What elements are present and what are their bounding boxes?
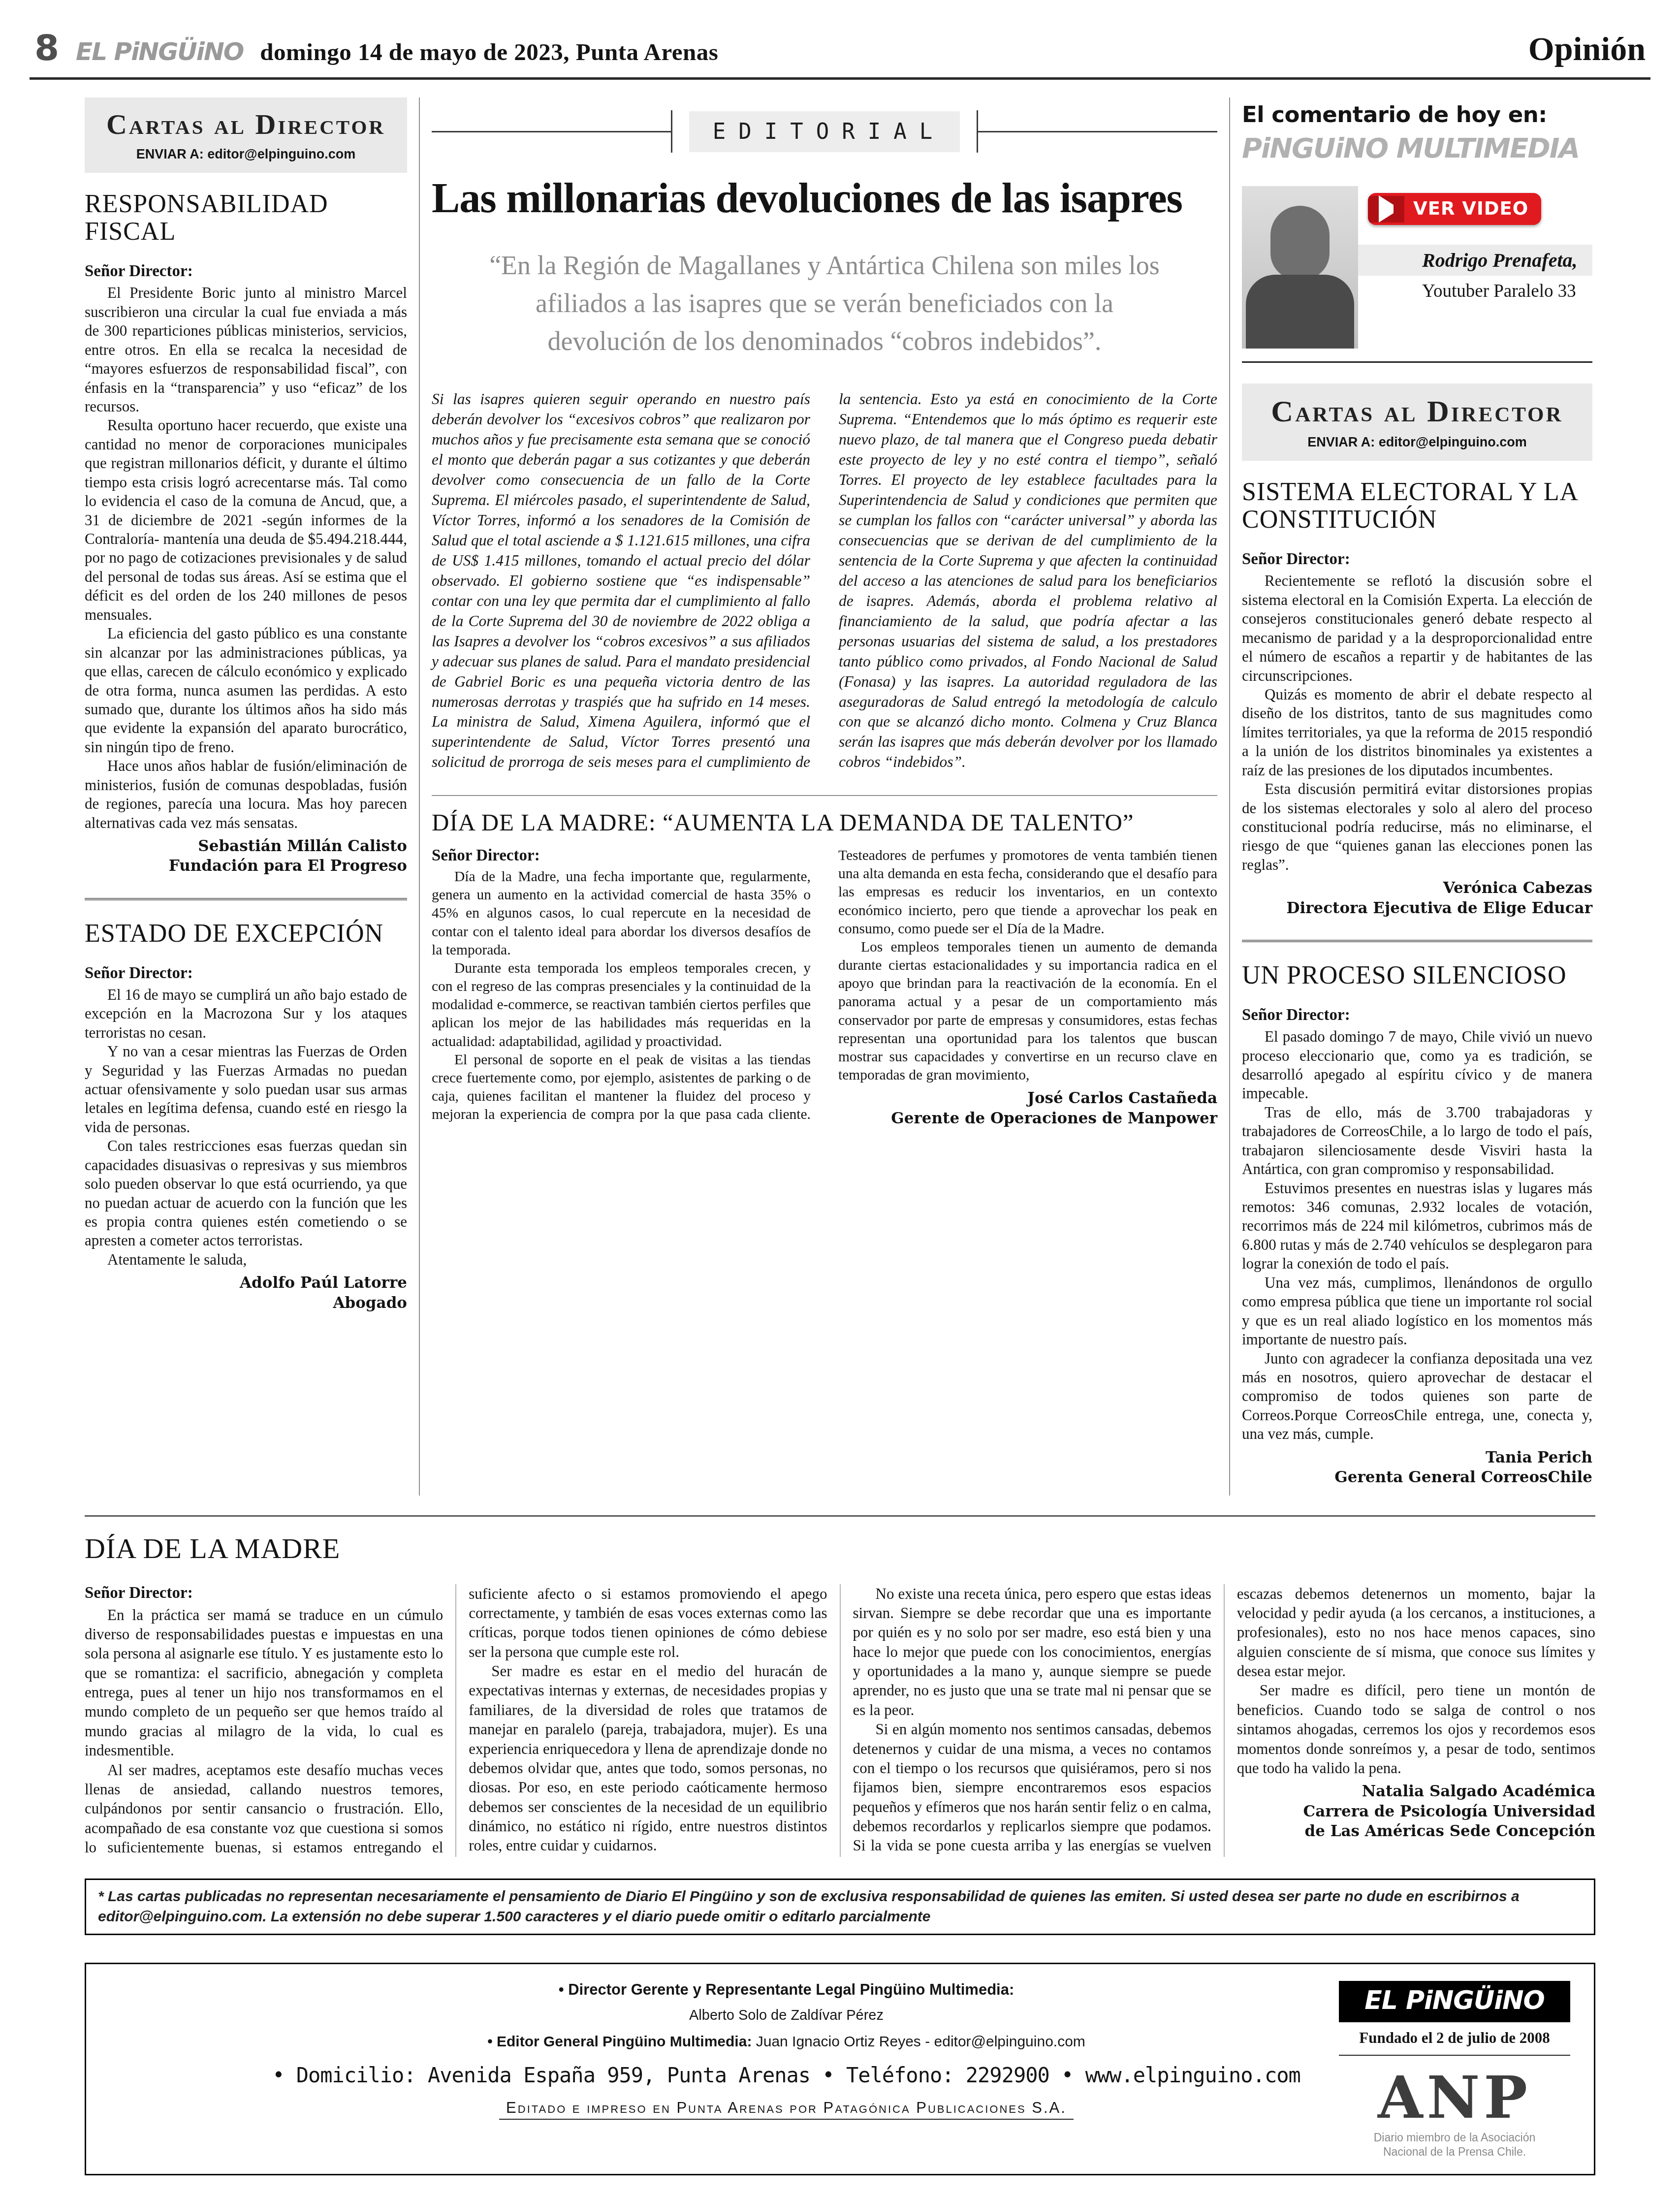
multimedia-heading: El comentario de hoy en: <box>1242 101 1592 127</box>
editorial-label: EDITORIAL <box>689 111 960 152</box>
signature-line: Carrera de Psicología Universidad <box>1237 1802 1595 1821</box>
salutation: Señor Director: <box>85 964 407 983</box>
letter-responsabilidad-fiscal: RESPONSABILIDAD FISCAL Señor Director: E… <box>85 191 407 876</box>
footer-brand-logo: EL PiNGÜiNO <box>1339 1981 1570 2022</box>
multimedia-promo: El comentario de hoy en: PiNGUiNO MULTIM… <box>1242 101 1592 363</box>
footer-editor-label: • Editor General Pingüino Multimedia: <box>487 2034 752 2050</box>
paragraph: Estuvimos presentes en nuestras islas y … <box>1242 1179 1592 1274</box>
letter-title: ESTADO DE EXCEPCIÓN <box>85 920 407 948</box>
signature-line: de Las Américas Sede Concepción <box>1237 1821 1595 1841</box>
salutation: Señor Director: <box>432 847 811 865</box>
left-column: Cartas al Director ENVIAR A: editor@elpi… <box>85 97 407 1496</box>
signature-block: José Carlos Castañeda Gerente de Operaci… <box>838 1088 1217 1128</box>
author-name: Rodrigo Prenafeta, <box>1358 245 1592 276</box>
footer-founded: Fundado el 2 de julio de 2008 <box>1339 2029 1570 2056</box>
center-column: EDITORIAL Las millonarias devoluciones d… <box>432 97 1217 1496</box>
signature-block: Verónica Cabezas Directora Ejecutiva de … <box>1242 878 1592 918</box>
signature-line: Abogado <box>85 1293 407 1313</box>
footer-director-label: • Director Gerente y Representante Legal… <box>234 1981 1339 1999</box>
paragraph: Día de la Madre, una fecha importante qu… <box>432 868 811 959</box>
editorial-label-row: EDITORIAL <box>432 110 1217 153</box>
section-title: Opinión <box>1528 30 1646 68</box>
ver-video-button[interactable]: VER VIDEO <box>1368 193 1541 225</box>
signature-block: Tania Perich Gerenta General CorreosChil… <box>1242 1448 1592 1488</box>
paragraph: Recientemente se reflotó la discusión so… <box>1242 572 1592 685</box>
footer-info: • Director Gerente y Representante Legal… <box>234 1981 1339 2159</box>
paragraph: El Presidente Boric junto al ministro Ma… <box>85 284 407 416</box>
rule-tick <box>671 110 672 153</box>
right-column: El comentario de hoy en: PiNGUiNO MULTIM… <box>1242 97 1592 1496</box>
paragraph: La eficiencia del gasto público es una c… <box>85 624 407 757</box>
letters-disclaimer: * Las cartas publicadas no representan n… <box>85 1879 1595 1935</box>
madre-columns: Señor Director: En la práctica ser mamá … <box>85 1584 1595 1857</box>
page-content: Cartas al Director ENVIAR A: editor@elpi… <box>85 97 1595 2175</box>
anp-logo: ANP <box>1339 2069 1570 2127</box>
letter-sistema-electoral: SISTEMA ELECTORAL Y LA CONSTITUCIÓN Seño… <box>1242 478 1592 918</box>
paragraph: Esta discusión permitirá evitar distorsi… <box>1242 780 1592 874</box>
cartas-box-email: ENVIAR A: editor@elpinguino.com <box>90 147 402 162</box>
salutation: Señor Director: <box>85 1584 443 1602</box>
paragraph: Quizás es momento de abrir el debate res… <box>1242 685 1592 780</box>
paragraph: Atentamente le saluda, <box>85 1250 407 1269</box>
letter-title: DÍA DE LA MADRE <box>85 1533 1595 1564</box>
main-columns: Cartas al Director ENVIAR A: editor@elpi… <box>85 97 1595 1496</box>
column-divider <box>419 97 420 1496</box>
talento-columns: Señor Director: Día de la Madre, una fec… <box>432 847 1217 1128</box>
photo-silhouette-torso <box>1246 275 1354 349</box>
footer-printer-line: Editado e impreso en Punta Arenas por Pa… <box>499 2099 1074 2120</box>
rule-line <box>432 131 671 132</box>
footer-brand-block: EL PiNGÜiNO Fundado el 2 de julio de 200… <box>1339 1981 1570 2159</box>
page-date: domingo 14 de mayo de 2023, Punta Arenas <box>260 38 718 66</box>
editorial-quote: “En la Región de Magallanes y Antártica … <box>476 247 1173 360</box>
paragraph: Junto con agradecer la confianza deposit… <box>1242 1349 1592 1444</box>
salutation: Señor Director: <box>1242 550 1592 569</box>
rule-line <box>978 131 1217 132</box>
column-divider <box>1229 97 1230 1496</box>
footer-editor-line: • Editor General Pingüino Multimedia: Ju… <box>234 2034 1339 2050</box>
multimedia-right: VER VIDEO Rodrigo Prenafeta, Youtuber Pa… <box>1358 186 1592 349</box>
anp-caption: Diario miembro de la Asociación Nacional… <box>1339 2131 1570 2159</box>
signature-line: Gerenta General CorreosChile <box>1242 1467 1592 1487</box>
editorial-headline: Las millonarias devoluciones de las isap… <box>432 176 1217 220</box>
photo-silhouette-head <box>1270 206 1330 280</box>
paragraph: Resulta oportuno hacer recuerdo, que exi… <box>85 416 407 624</box>
signature-line: Natalia Salgado Académica <box>1237 1782 1595 1801</box>
letter-proceso-silencioso: UN PROCESO SILENCIOSO Señor Director: El… <box>1242 940 1592 1487</box>
letter-dia-de-la-madre: DÍA DE LA MADRE Señor Director: En la pr… <box>85 1515 1595 1857</box>
multimedia-media: VER VIDEO Rodrigo Prenafeta, Youtuber Pa… <box>1242 186 1592 349</box>
letter-title: DÍA DE LA MADRE: “AUMENTA LA DEMANDA DE … <box>432 810 1217 836</box>
signature-block: Sebastián Millán Calisto Fundación para … <box>85 836 407 876</box>
masthead-logo: EL PiNGÜiNO <box>76 37 243 66</box>
paragraph: Con tales restricciones esas fuerzas que… <box>85 1137 407 1250</box>
signature-line: Adolfo Paúl Latorre <box>85 1273 407 1293</box>
footer-director-name: Alberto Solo de Zaldívar Pérez <box>234 2007 1339 2024</box>
paragraph: El 16 de mayo se cumplirá un año bajo es… <box>85 986 407 1042</box>
play-icon <box>1368 196 1404 223</box>
letter-title: UN PROCESO SILENCIOSO <box>1242 962 1592 989</box>
paragraph: Y no van a cesar mientras las Fuerzas de… <box>85 1042 407 1137</box>
paragraph: Los empleos temporales tienen un aumento… <box>838 938 1217 1084</box>
horizontal-rule <box>1242 361 1592 363</box>
author-role: Youtuber Paralelo 33 <box>1358 276 1592 302</box>
paragraph: Ser madre es difícil, pero tiene un mont… <box>1237 1681 1595 1778</box>
paragraph: Ser madre es estar en el medio del hurac… <box>469 1661 827 1855</box>
multimedia-brand: PiNGUiNO MULTIMEDIA <box>1242 132 1592 164</box>
paragraph: Tras de ello, más de 3.700 trabajadoras … <box>1242 1103 1592 1179</box>
paragraph: No existe una receta única, pero espero … <box>853 1584 1211 1720</box>
signature-line: Tania Perich <box>1242 1448 1592 1467</box>
signature-line: José Carlos Castañeda <box>838 1088 1217 1108</box>
footer-editor-value: Juan Ignacio Ortiz Reyes - editor@elping… <box>752 2034 1085 2050</box>
letter-title: SISTEMA ELECTORAL Y LA CONSTITUCIÓN <box>1242 478 1592 534</box>
letter-title: RESPONSABILIDAD FISCAL <box>85 191 407 246</box>
ver-video-label: VER VIDEO <box>1404 193 1541 225</box>
newspaper-page: 8 EL PiNGÜiNO domingo 14 de mayo de 2023… <box>0 0 1680 2195</box>
footer-address-line: • Domicilio: Avenida España 959, Punta A… <box>234 2063 1339 2087</box>
page-header: 8 EL PiNGÜiNO domingo 14 de mayo de 2023… <box>30 23 1650 80</box>
signature-line: Fundación para El Progreso <box>85 856 407 876</box>
page-footer: • Director Gerente y Representante Legal… <box>85 1963 1595 2175</box>
signature-line: Directora Ejecutiva de Elige Educar <box>1242 898 1592 918</box>
signature-block: Natalia Salgado Académica Carrera de Psi… <box>1237 1782 1595 1841</box>
paragraph: En la práctica ser mamá se traduce en un… <box>85 1605 443 1760</box>
paragraph: El pasado domingo 7 de mayo, Chile vivió… <box>1242 1027 1592 1103</box>
signature-block: Adolfo Paúl Latorre Abogado <box>85 1273 407 1313</box>
cartas-al-director-box: Cartas al Director ENVIAR A: editor@elpi… <box>85 97 407 173</box>
paragraph: Una vez más, cumplimos, llenándonos de o… <box>1242 1274 1592 1349</box>
salutation: Señor Director: <box>1242 1006 1592 1024</box>
letter-estado-de-excepcion: ESTADO DE EXCEPCIÓN Señor Director: El 1… <box>85 898 407 1313</box>
author-photo <box>1242 186 1358 349</box>
cartas-box-title: Cartas al Director <box>90 110 402 139</box>
signature-line: Sebastián Millán Calisto <box>85 836 407 856</box>
cartas-al-director-box-right: Cartas al Director ENVIAR A: editor@elpi… <box>1242 383 1592 461</box>
signature-line: Verónica Cabezas <box>1242 878 1592 898</box>
page-number: 8 <box>34 32 59 64</box>
paragraph: Hace unos años hablar de fusión/eliminac… <box>85 757 407 832</box>
paragraph: Durante esta temporada los empleos tempo… <box>432 959 811 1051</box>
cartas-box-title: Cartas al Director <box>1247 396 1587 427</box>
editorial-body: Si las isapres quieren seguir operando e… <box>432 389 1217 772</box>
signature-line: Gerente de Operaciones de Manpower <box>838 1109 1217 1128</box>
letter-dia-madre-talento: DÍA DE LA MADRE: “AUMENTA LA DEMANDA DE … <box>432 795 1217 1128</box>
cartas-box-email: ENVIAR A: editor@elpinguino.com <box>1247 435 1587 450</box>
salutation: Señor Director: <box>85 262 407 281</box>
